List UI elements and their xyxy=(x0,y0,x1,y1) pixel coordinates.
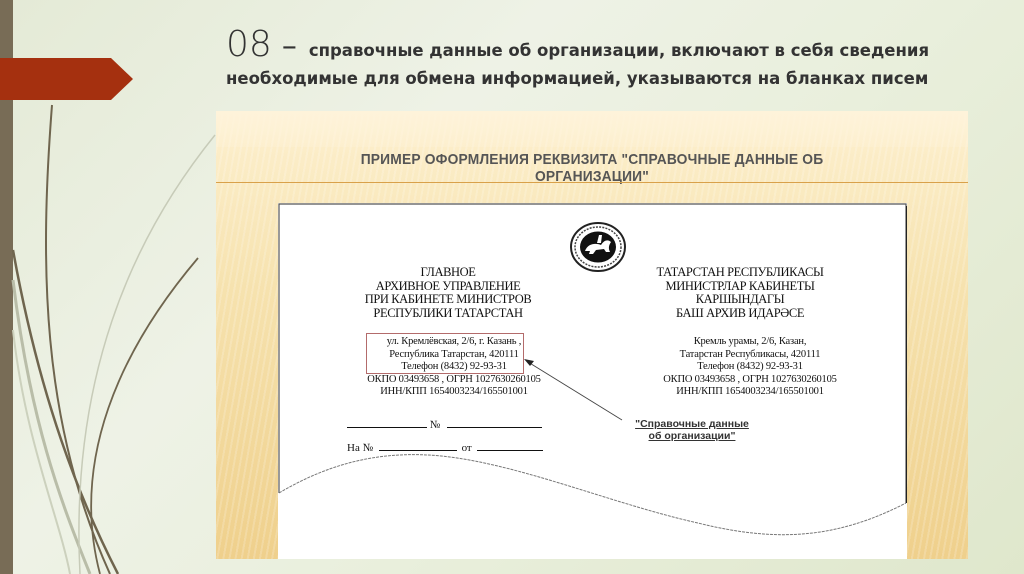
registration-number-line: № xyxy=(347,418,542,431)
org-tt-line: КАРШЫНДАГЫ xyxy=(630,293,850,307)
title-number: 08 xyxy=(226,24,272,65)
slide-title: 08 – справочные данные об организации, в… xyxy=(226,24,1006,88)
example-heading: ПРИМЕР ОФОРМЛЕНИЯ РЕКВИЗИТА "СПРАВОЧНЫЕ … xyxy=(246,151,938,185)
contact-line: Кремль урамы, 2/6, Казан, xyxy=(630,336,870,349)
contact-line: ОКПО 03493658 , ОГРН 1027630260105 xyxy=(340,374,568,387)
contact-line: Татарстан Республикасы, 420111 xyxy=(630,349,870,362)
contact-line: ул. Кремлёвская, 2/6, г. Казань , xyxy=(340,336,568,349)
heading-divider xyxy=(216,182,968,183)
title-dash: – xyxy=(282,29,297,64)
callout-line1: "Справочные данные xyxy=(612,418,772,430)
reply-date-label: от xyxy=(462,442,472,454)
reference-data-tatar: Кремль урамы, 2/6, Казан, Татарстан Респ… xyxy=(630,336,870,399)
org-tt-line: БАШ АРХИВ ИДАРӘСЕ xyxy=(630,307,850,321)
reference-data-russian: ул. Кремлёвская, 2/6, г. Казань , Респуб… xyxy=(340,336,568,399)
org-tt-line: ТАТАРСТАН РЕСПУБЛИКАСЫ xyxy=(630,266,850,280)
number-sign-label: № xyxy=(430,419,441,431)
org-name-russian: ГЛАВНОЕ АРХИВНОЕ УПРАВЛЕНИЕ ПРИ КАБИНЕТЕ… xyxy=(348,266,548,320)
org-name-tatar: ТАТАРСТАН РЕСПУБЛИКАСЫ МИНИСТРЛАР КАБИНЕ… xyxy=(630,266,850,320)
org-ru-line: АРХИВНОЕ УПРАВЛЕНИЕ xyxy=(348,280,548,294)
contact-line: ОКПО 03493658 , ОГРН 1027630260105 xyxy=(630,374,870,387)
callout-line2: об организации" xyxy=(612,430,772,442)
contact-line: ИНН/КПП 1654003234/165501001 xyxy=(340,386,568,399)
callout-label: "Справочные данные об организации" xyxy=(612,418,772,442)
org-ru-line: ПРИ КАБИНЕТЕ МИНИСТРОВ xyxy=(348,293,548,307)
contact-line: Телефон (8432) 92-93-31 xyxy=(630,361,870,374)
contact-line: ИНН/КПП 1654003234/165501001 xyxy=(630,386,870,399)
example-heading-line1: ПРИМЕР ОФОРМЛЕНИЯ РЕКВИЗИТА "СПРАВОЧНЫЕ … xyxy=(246,151,938,168)
org-ru-line: РЕСПУБЛИКИ ТАТАРСТАН xyxy=(348,307,548,321)
org-ru-line: ГЛАВНОЕ xyxy=(348,266,548,280)
reply-to-label: На № xyxy=(347,442,373,454)
coat-of-arms-icon xyxy=(568,221,628,273)
title-marker-arrow xyxy=(0,58,133,100)
title-text-line2: необходимые для обмена информацией, указ… xyxy=(226,69,1006,88)
reply-reference-line: На № от xyxy=(347,441,543,454)
org-tt-line: МИНИСТРЛАР КАБИНЕТЫ xyxy=(630,280,850,294)
title-text-line1: справочные данные об организации, включа… xyxy=(309,41,929,60)
contact-line: Республика Татарстан, 420111 xyxy=(340,349,568,362)
contact-line: Телефон (8432) 92-93-31 xyxy=(340,361,568,374)
